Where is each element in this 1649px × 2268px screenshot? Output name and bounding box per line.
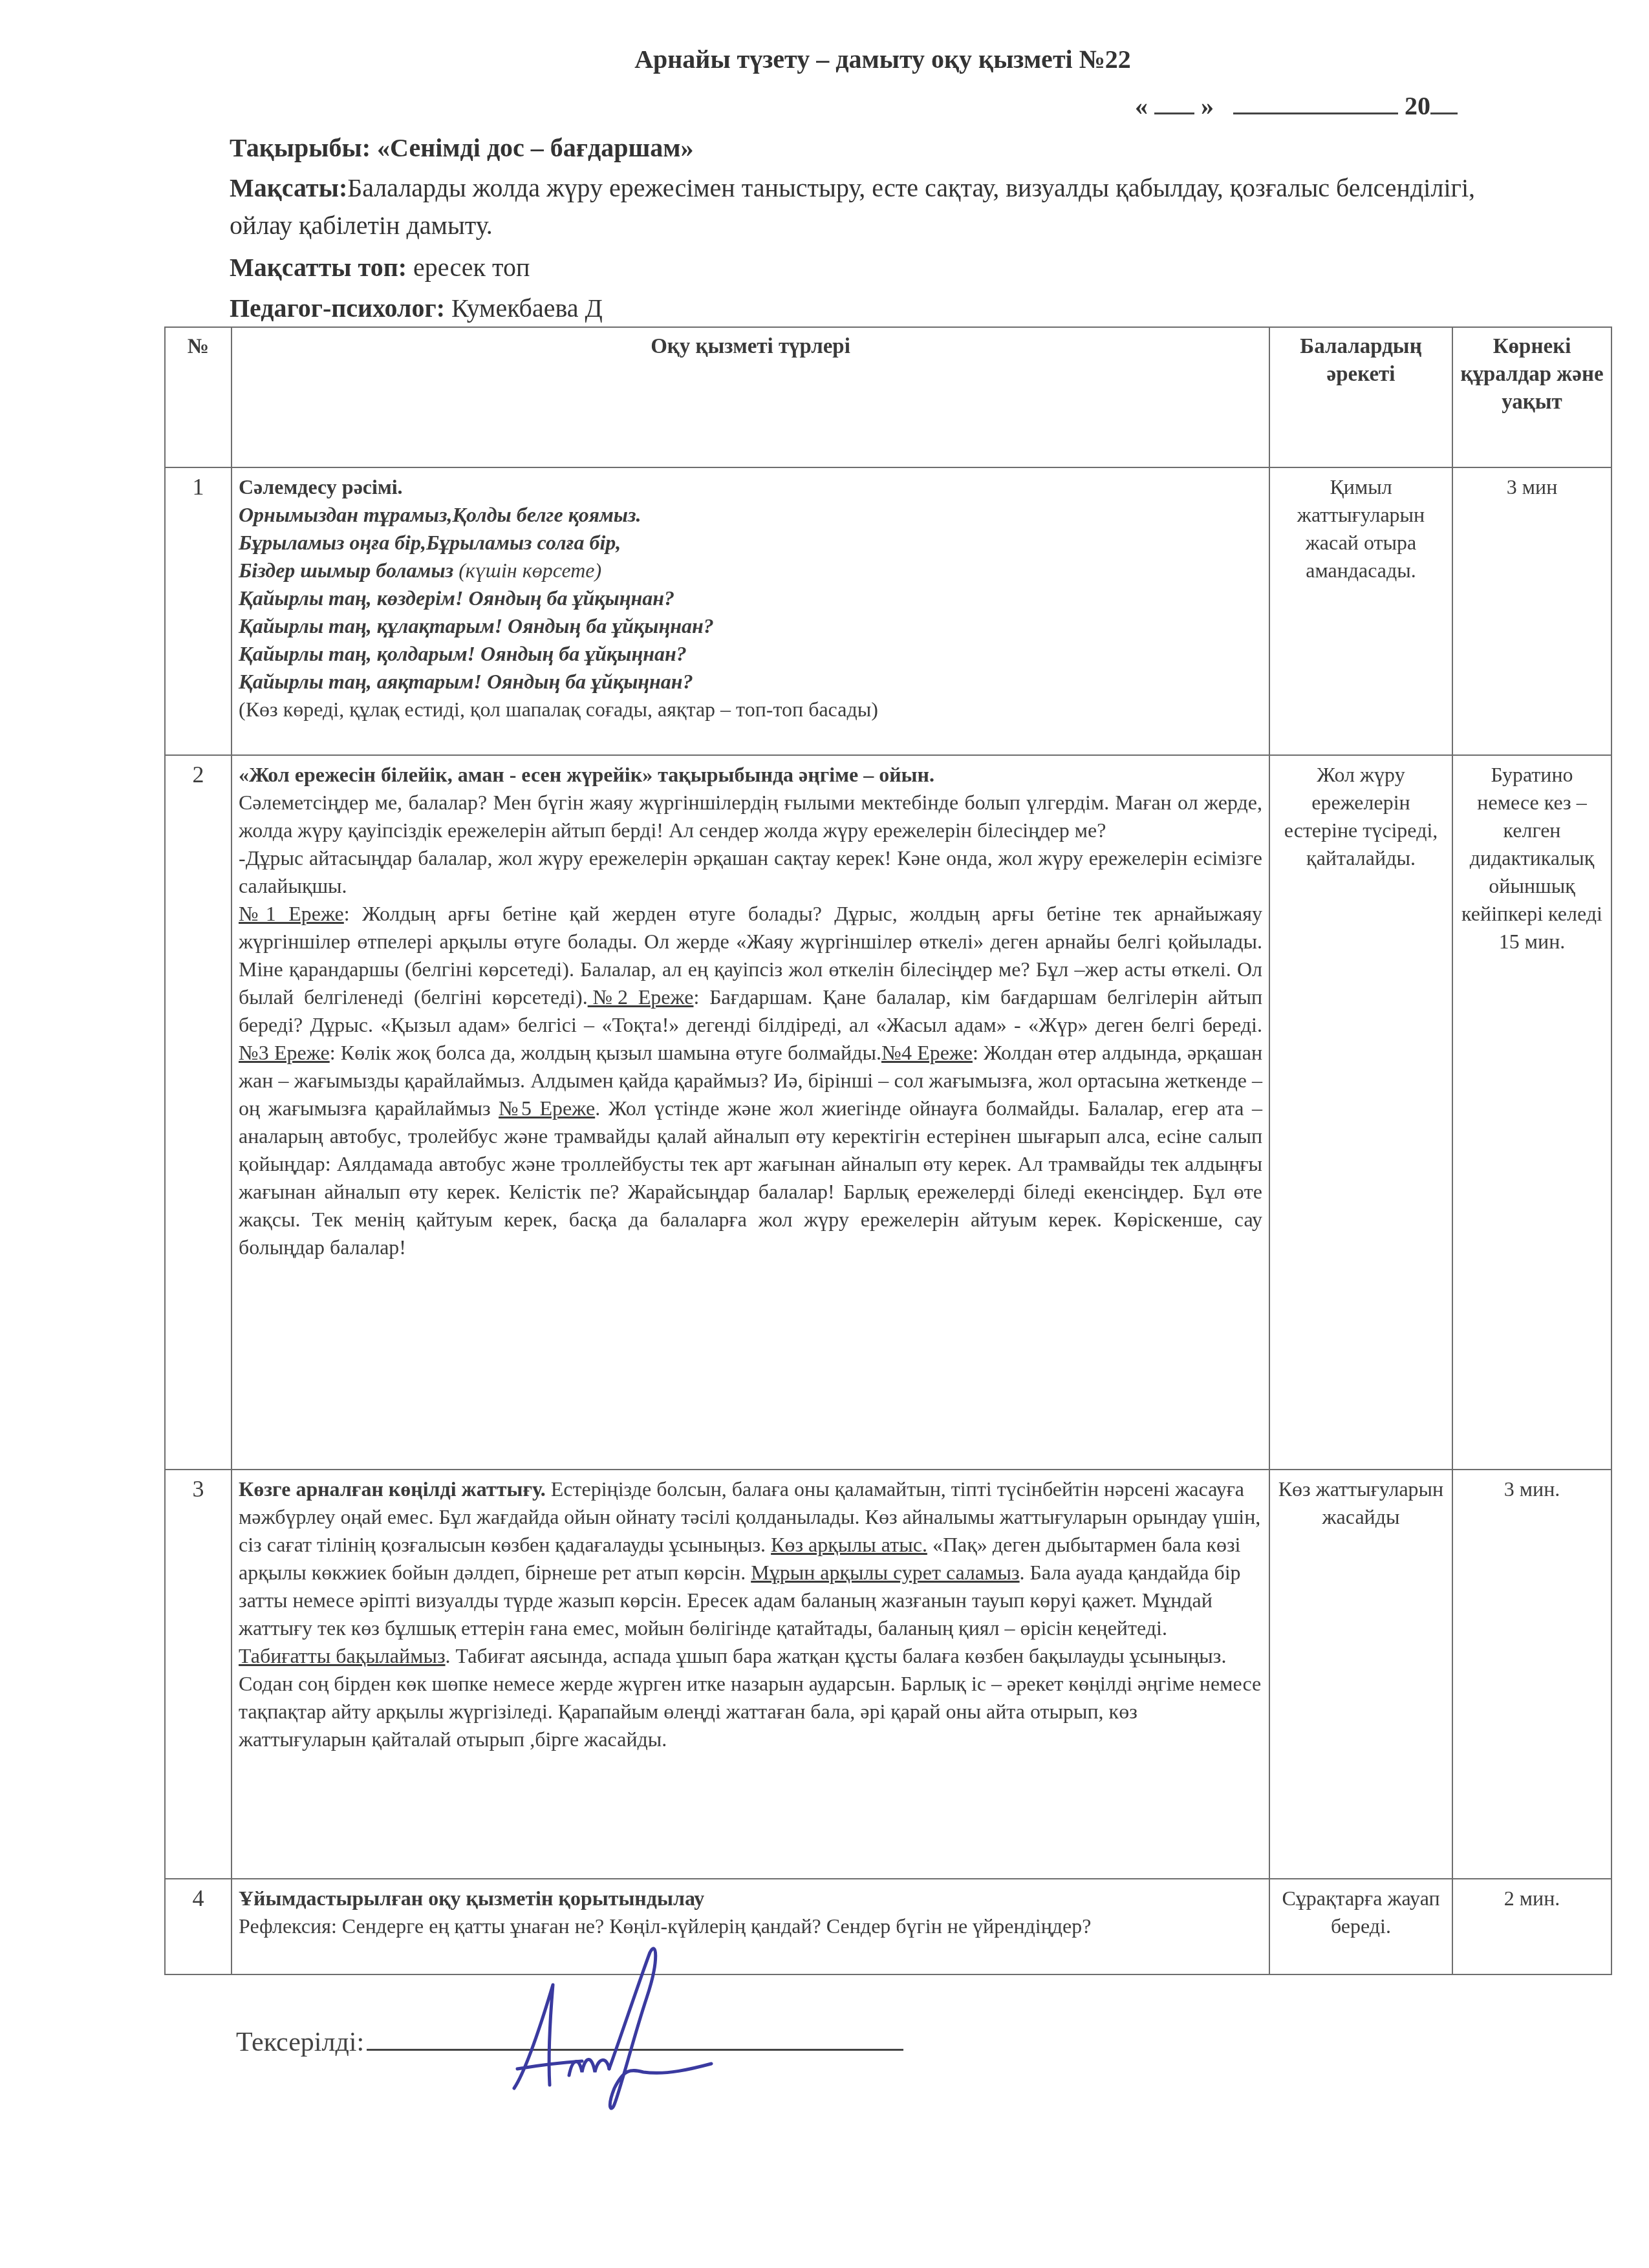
row-number: 1 (165, 467, 232, 755)
poem-line: Қайырлы таң, аяқтарым! Ояндың ба ұйқыңна… (239, 668, 1262, 696)
topic-value: «Сенімді дос – бағдаршам» (377, 133, 694, 162)
activity-cell: Көзге арналған көңілді жаттығу. Естеріңі… (232, 1470, 1269, 1879)
table-row: 3 Көзге арналған көңілді жаттығу. Естері… (165, 1470, 1611, 1879)
date-close-quote: » (1201, 91, 1214, 120)
activity-paragraph: Сәлеметсіңдер ме, балалар? Мен бүгін жая… (239, 789, 1262, 844)
handwritten-signature-icon (491, 1940, 763, 2114)
year-prefix: 20 (1405, 91, 1430, 120)
row-number: 2 (165, 755, 232, 1470)
exercise-eye-shooting: Көз арқылы атыс. (771, 1533, 927, 1556)
poem-line: Қайырлы таң, көздерім! Ояндың ба ұйқыңна… (239, 584, 1262, 612)
rule-3-text: : Көлік жоқ болса да, жолдың қызыл шамын… (330, 1041, 881, 1064)
activity-cell: «Жол ережесін білейік, аман - есен жүрей… (232, 755, 1269, 1470)
checked-label: Тексерілді: (236, 2027, 364, 2057)
children-action-cell: Жол жүру ережелерін естеріне түсіреді, қ… (1269, 755, 1452, 1470)
table-row: 4 Ұйымдастырылған оқу қызметін қорытынды… (165, 1879, 1611, 1974)
header-materials-time: Көрнекі құралдар және уақыт (1452, 327, 1611, 467)
poem-line: Біздер шымыр боламыз (239, 559, 453, 582)
rule-5-label: №5 Ереже (499, 1097, 595, 1120)
poem-note: (күшін көрсете) (453, 559, 601, 582)
teacher-label: Педагог-психолог: (230, 294, 445, 323)
header-num: № (165, 327, 232, 467)
table-row: 1 Сәлемдесу рәсімі. Орнымыздан тұрамыз,Қ… (165, 467, 1611, 755)
year-blank[interactable] (1430, 107, 1458, 114)
poem-closing: (Көз көреді, құлақ естиді, қол шапалақ с… (239, 696, 1262, 723)
exercise-nature-watching: Табиғатты бақылаймыз (239, 1644, 446, 1667)
topic-label: Тақырыбы: (230, 133, 371, 162)
poem-line: Қайырлы таң, құлақтарым! Ояндың ба ұйқың… (239, 612, 1262, 640)
date-line: « » 20 (1135, 91, 1458, 121)
target-group-line: Мақсатты топ: ересек топ (230, 249, 530, 286)
row-number: 3 (165, 1470, 232, 1879)
poem-line: Бұрыламыз оңға бір,Бұрыламыз солға бір, (239, 529, 1262, 557)
poem-line: Қайырлы таң, қолдарым! Ояндың ба ұйқыңна… (239, 640, 1262, 668)
activity-paragraph: -Дұрыс айтасыңдар балалар, жол жүру ереж… (239, 844, 1262, 900)
activity-title: Ұйымдастырылған оқу қызметін қорытындыла… (239, 1885, 1262, 1912)
activity-title: «Жол ережесін білейік, аман - есен жүрей… (239, 761, 1262, 789)
poem-line: Орнымыздан тұрамыз,Қолды белге қоямыз. (239, 501, 1262, 529)
rule-5-text: . Жол үстінде және жол жиегінде ойнауға … (239, 1097, 1262, 1259)
date-open-quote: « (1135, 91, 1148, 120)
activity-title: Сәлемдесу рәсімі. (239, 473, 1262, 501)
day-blank[interactable] (1154, 107, 1194, 114)
document-title: Арнайы түзету – дамыту оқу қызметі №22 (0, 44, 1649, 74)
rules-paragraph: №1 Ереже: Жолдың арғы бетіне қай жерден … (239, 900, 1262, 1261)
materials-time-cell: 3 мин (1452, 467, 1611, 755)
header-children-action: Балалардың әрекеті (1269, 327, 1452, 467)
header-activity: Оқу қызметі түрлері (232, 327, 1269, 467)
goal-value: Балаларды жолда жүру ережесімен таныстыр… (230, 173, 1475, 240)
goal-label: Мақсаты: (230, 173, 347, 202)
target-group-label: Мақсатты топ: (230, 253, 407, 282)
reflection-text: Рефлексия: Сендерге ең қатты ұнаған не? … (239, 1912, 1262, 1940)
children-action-cell: Сұрақтарға жауап береді. (1269, 1879, 1452, 1974)
rule-1-label: №1 Ереже (239, 902, 344, 925)
activity-cell: Сәлемдесу рәсімі. Орнымыздан тұрамыз,Қол… (232, 467, 1269, 755)
month-blank[interactable] (1233, 107, 1398, 114)
table-row: 2 «Жол ережесін білейік, аман - есен жүр… (165, 755, 1611, 1470)
activity-title: Көзге арналған көңілді жаттығу. (239, 1477, 546, 1501)
rule-3-label: №3 Ереже (239, 1041, 330, 1064)
materials-time-cell: Буратино немесе кез – келген дидактикалы… (1452, 755, 1611, 1470)
exercise-nose-drawing: Мұрын арқылы сурет саламыз (751, 1561, 1019, 1584)
rule-2-label: №2 Ереже (588, 985, 694, 1009)
teacher-value: Кумекбаева Д (445, 294, 603, 323)
goal-line: Мақсаты:Балаларды жолда жүру ережесімен … (230, 169, 1542, 244)
row-number: 4 (165, 1879, 232, 1974)
materials-time-cell: 3 мин. (1452, 1470, 1611, 1879)
topic-line: Тақырыбы: «Сенімді дос – бағдаршам» (230, 129, 694, 167)
table-header-row: № Оқу қызметі түрлері Балалардың әрекеті… (165, 327, 1611, 467)
children-action-cell: Көз жаттығуларын жасайды (1269, 1470, 1452, 1879)
rule-4-label: №4 Ереже (881, 1041, 973, 1064)
teacher-line: Педагог-психолог: Кумекбаева Д (230, 290, 603, 327)
materials-time-cell: 2 мин. (1452, 1879, 1611, 1974)
target-group-value: ересек топ (407, 253, 530, 282)
lesson-plan-table: № Оқу қызметі түрлері Балалардың әрекеті… (164, 326, 1612, 1975)
children-action-cell: Қимыл жаттығуларын жасай отыра амандасад… (1269, 467, 1452, 755)
